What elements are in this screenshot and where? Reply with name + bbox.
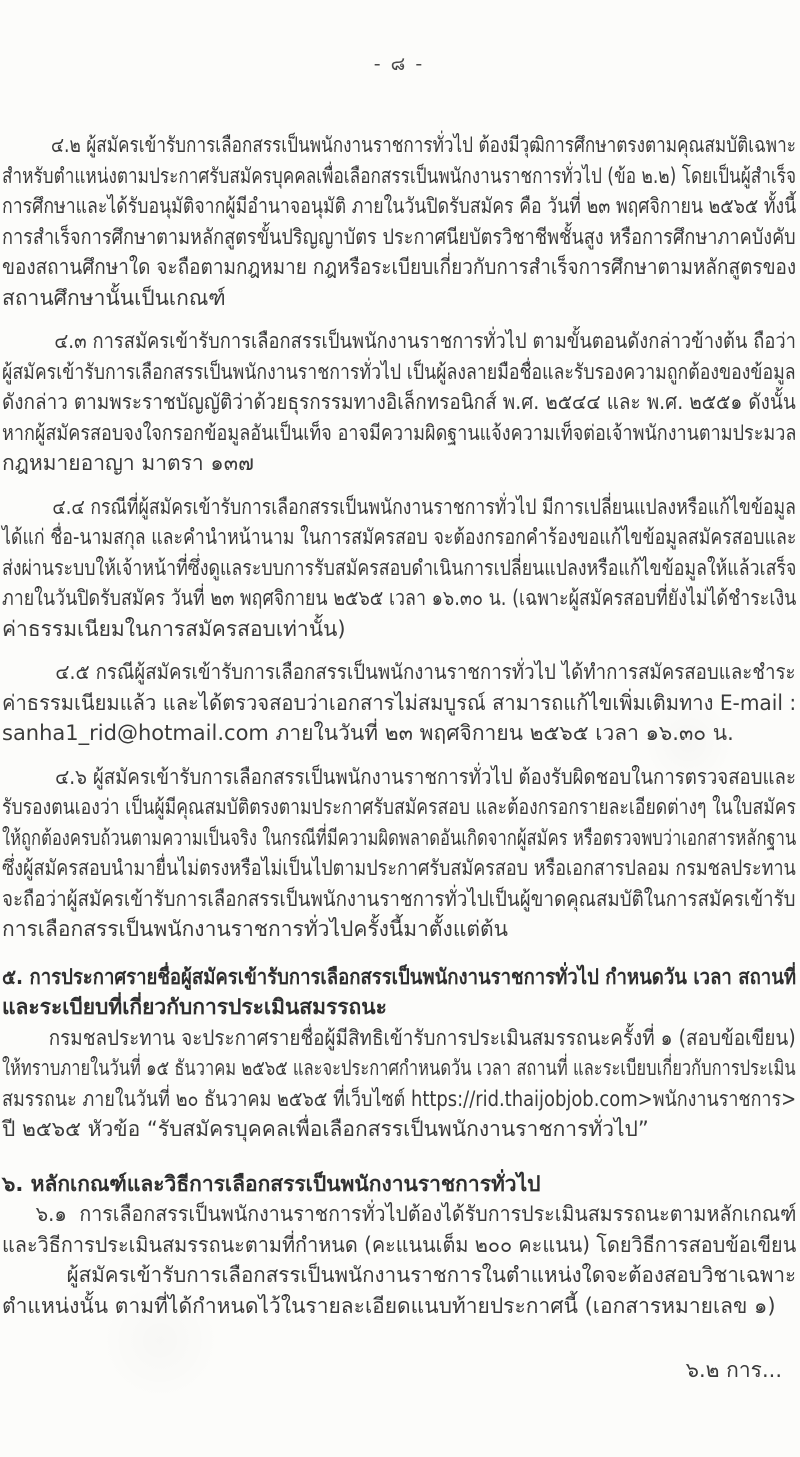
text-line: สำหรับตำแหน่งตามประกาศรับสมัครบุคคลเพื่อ… — [2, 161, 651, 192]
text-line: ค่าธรรมเนียมแล้ว และได้ตรวจสอบว่าเอกสารไ… — [2, 688, 763, 719]
text-line: ๖.๑ การเลือกสรรเป็นพนักงานราชการทั่วไปต้… — [2, 1199, 745, 1230]
document-page: - ๘ - ๔.๒ ผู้สมัครเข้ารับการเลือกสรรเป็น… — [0, 0, 800, 1457]
text-line: และวิธีการประเมินสมรรถนะตามที่กำหนด (คะแ… — [2, 1230, 753, 1261]
text-line: การสำเร็จการศึกษาตามหลักสูตรขั้นปริญญาบั… — [2, 222, 687, 253]
text-line: ๕. การประกาศรายชื่อผู้สมัครเข้ารับการเลื… — [2, 962, 702, 993]
text-line: ๔.๖ ผู้สมัครเข้ารับการเลือกสรรเป็นพนักงา… — [2, 762, 706, 793]
text-line: ค่าธรรมเนียมในการสมัครสอบเท่านั้น) — [2, 614, 796, 645]
text-line: ๔.๓ การสมัครเข้ารับการเลือกสรรเป็นพนักงา… — [2, 326, 696, 357]
text-line: การศึกษาและได้รับอนุมัติจากผู้มีอำนาจอนุ… — [2, 191, 671, 222]
text-line: ได้แก่ ชื่อ-นามสกุล และคำนำหน้านาม ในการ… — [2, 522, 673, 553]
clause-4-3: ๔.๓ การสมัครเข้ารับการเลือกสรรเป็นพนักงา… — [2, 326, 796, 479]
text-line: ภายในวันปิดรับสมัคร วันที่ ๒๓ พฤศจิกายน … — [2, 583, 676, 614]
text-line: ผู้สมัครเข้ารับการเลือกสรรเป็นพนักงานราช… — [2, 357, 671, 388]
section-5-heading: ๕. การประกาศรายชื่อผู้สมัครเข้ารับการเลื… — [2, 962, 796, 1023]
text-line: sanha1_rid@hotmail.com ภายในวันที่ ๒๓ พฤ… — [2, 718, 796, 749]
page-number: - ๘ - — [2, 52, 796, 76]
text-line: ปี ๒๕๖๕ หัวข้อ “รับสมัครบุคคลเพื่อเลือกส… — [2, 1114, 796, 1145]
text-line: ของสถานศึกษาใด จะถือตามกฎหมาย กฎหรือระเบ… — [2, 252, 718, 283]
text-line: และระเบียบที่เกี่ยวกับการประเมินสมรรถนะ — [2, 992, 796, 1023]
section-5-body: กรมชลประทาน จะประกาศรายชื่อผู้มีสิทธิเข้… — [2, 1023, 796, 1145]
text-line: ๖. หลักเกณฑ์และวิธีการเลือกสรรเป็นพนักงา… — [2, 1169, 796, 1200]
clause-4-2: ๔.๒ ผู้สมัครเข้ารับการเลือกสรรเป็นพนักงา… — [2, 130, 796, 313]
section-6-heading: ๖. หลักเกณฑ์และวิธีการเลือกสรรเป็นพนักงา… — [2, 1169, 796, 1200]
clause-4-5: ๔.๕ กรณีผู้สมัครเข้ารับการเลือกสรรเป็นพน… — [2, 657, 796, 749]
text-line: กฎหมายอาญา มาตรา ๑๓๗ — [2, 448, 796, 479]
page-continuation-marker: ๖.๒ การ... — [2, 1355, 796, 1386]
text-line: ส่งผ่านระบบให้เจ้าหน้าที่ซึ่งดูแลระบบการ… — [2, 553, 673, 584]
clause-6-1: ๖.๑ การเลือกสรรเป็นพนักงานราชการทั่วไปต้… — [2, 1199, 796, 1260]
text-line: หากผู้สมัครสอบจงใจกรอกข้อมูลอันเป็นเท็จ … — [2, 418, 683, 449]
text-line: ผู้สมัครเข้ารับการเลือกสรรเป็นพนักงานราช… — [2, 1260, 779, 1291]
text-line: ดังกล่าว ตามพระราชบัญญัติว่าด้วยธุรกรรมท… — [2, 387, 718, 418]
text-line: ให้ทราบภายในวันที่ ๑๕ ธันวาคม ๒๕๖๕ และจะ… — [2, 1053, 626, 1084]
text-line: ๔.๕ กรณีผู้สมัครเข้ารับการเลือกสรรเป็นพน… — [2, 657, 709, 688]
text-line: ๔.๔ กรณีที่ผู้สมัครเข้ารับการเลือกสรรเป็… — [2, 492, 669, 523]
clause-4-6: ๔.๖ ผู้สมัครเข้ารับการเลือกสรรเป็นพนักงา… — [2, 762, 796, 945]
clause-4-4: ๔.๔ กรณีที่ผู้สมัครเข้ารับการเลือกสรรเป็… — [2, 492, 796, 645]
text-line: ให้ถูกต้องครบถ้วนตามความเป็นจริง ในกรณีท… — [2, 823, 629, 854]
text-line: สมรรถนะ ภายในวันที่ ๒๐ ธันวาคม ๒๕๖๕ ที่เ… — [2, 1084, 680, 1115]
text-line: รับรองตนเองว่า เป็นผู้มีคุณสมบัติตรงตามป… — [2, 792, 667, 823]
text-line: การเลือกสรรเป็นพนักงานราชการทั่วไปครั้งน… — [2, 914, 796, 945]
text-line: ตำแหน่งนั้น ตามที่ได้กำหนดไว้ในรายละเอีย… — [2, 1291, 796, 1322]
text-line: ซึ่งผู้สมัครสอบนำมายื่นไม่ตรงหรือไม่เป็น… — [2, 853, 681, 884]
text-line: ๔.๒ ผู้สมัครเข้ารับการเลือกสรรเป็นพนักงา… — [2, 130, 651, 161]
text-line: จะถือว่าผู้สมัครเข้ารับการเลือกสรรเป็นพน… — [2, 884, 710, 915]
text-line: กรมชลประทาน จะประกาศรายชื่อผู้มีสิทธิเข้… — [2, 1023, 715, 1054]
text-line: สถานศึกษานั้นเป็นเกณฑ์ — [2, 283, 796, 314]
clause-6-1-continued: ผู้สมัครเข้ารับการเลือกสรรเป็นพนักงานราช… — [2, 1260, 796, 1321]
